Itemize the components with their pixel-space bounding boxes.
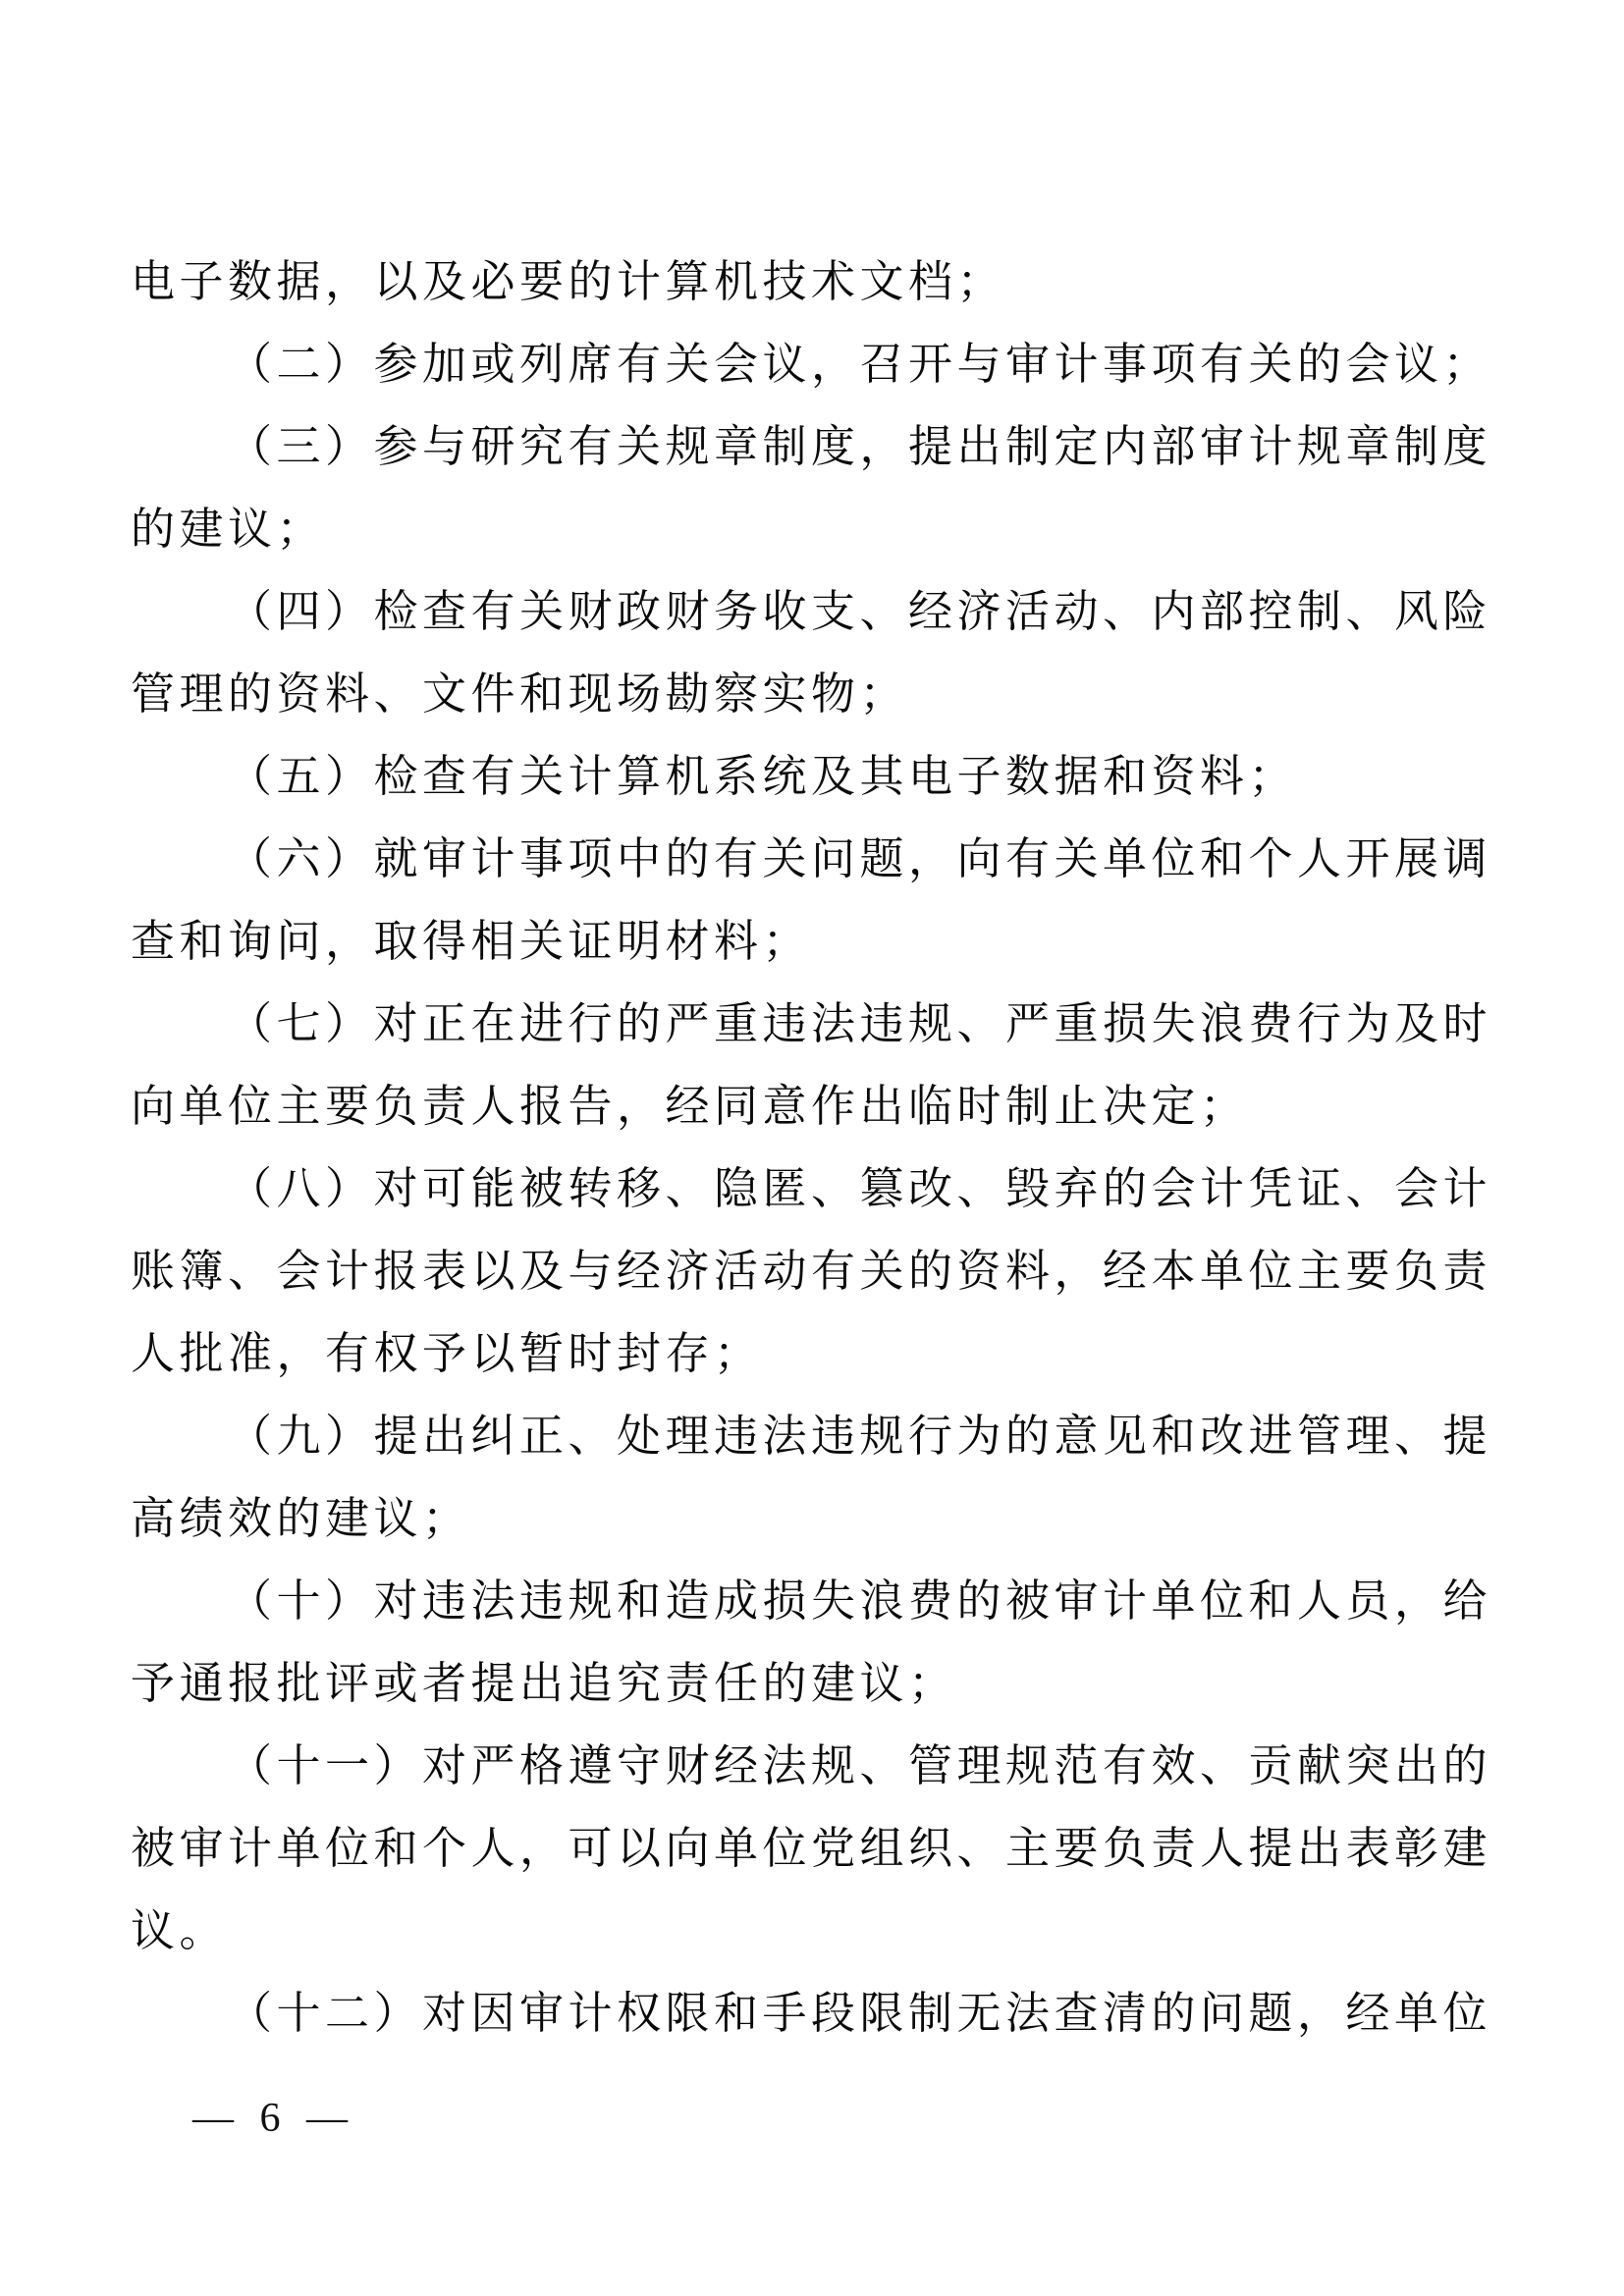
text-line: 查和询问，取得相关证明材料；: [131, 900, 1500, 983]
text-line: 账簿、会计报表以及与经济活动有关的资料，经本单位主要负责: [131, 1230, 1500, 1312]
text-line: （九）提出纠正、处理违法违规行为的意见和改进管理、提: [131, 1395, 1500, 1477]
document-body: 电子数据，以及必要的计算机技术文档； （二）参加或列席有关会议，召开与审计事项有…: [131, 240, 1500, 2055]
text-line: 高绩效的建议；: [131, 1477, 1500, 1560]
text-line: （十）对违法违规和造成损失浪费的被审计单位和人员，给: [131, 1560, 1500, 1642]
text-line: （三）参与研究有关规章制度，提出制定内部审计规章制度: [131, 405, 1500, 488]
text-line: （六）就审计事项中的有关问题，向有关单位和个人开展调: [131, 818, 1500, 900]
text-line: （八）对可能被转移、隐匿、篡改、毁弃的会计凭证、会计: [131, 1148, 1500, 1230]
text-line: 的建议；: [131, 488, 1500, 570]
text-line: 管理的资料、文件和现场勘察实物；: [131, 653, 1500, 735]
text-line: 被审计单位和个人，可以向单位党组织、主要负责人提出表彰建: [131, 1807, 1500, 1890]
text-line: （七）对正在进行的严重违法违规、严重损失浪费行为及时: [131, 983, 1500, 1065]
document-page: 电子数据，以及必要的计算机技术文档； （二）参加或列席有关会议，召开与审计事项有…: [0, 0, 1624, 2296]
text-line: （十二）对因审计权限和手段限制无法查清的问题，经单位: [131, 1972, 1500, 2055]
text-line: 予通报批评或者提出追究责任的建议；: [131, 1642, 1500, 1725]
text-line: 议。: [131, 1890, 1500, 1972]
text-line: （二）参加或列席有关会议，召开与审计事项有关的会议；: [131, 323, 1500, 405]
text-line: 向单位主要负责人报告，经同意作出临时制止决定；: [131, 1065, 1500, 1148]
text-line: （十一）对严格遵守财经法规、管理规范有效、贡献突出的: [131, 1725, 1500, 1807]
text-line: 人批准，有权予以暂时封存；: [131, 1312, 1500, 1395]
text-line: （五）检查有关计算机系统及其电子数据和资料；: [131, 735, 1500, 818]
text-line: 电子数据，以及必要的计算机技术文档；: [131, 240, 1500, 323]
text-line: （四）检查有关财政财务收支、经济活动、内部控制、风险: [131, 570, 1500, 653]
page-number: — 6 —: [192, 2095, 355, 2142]
